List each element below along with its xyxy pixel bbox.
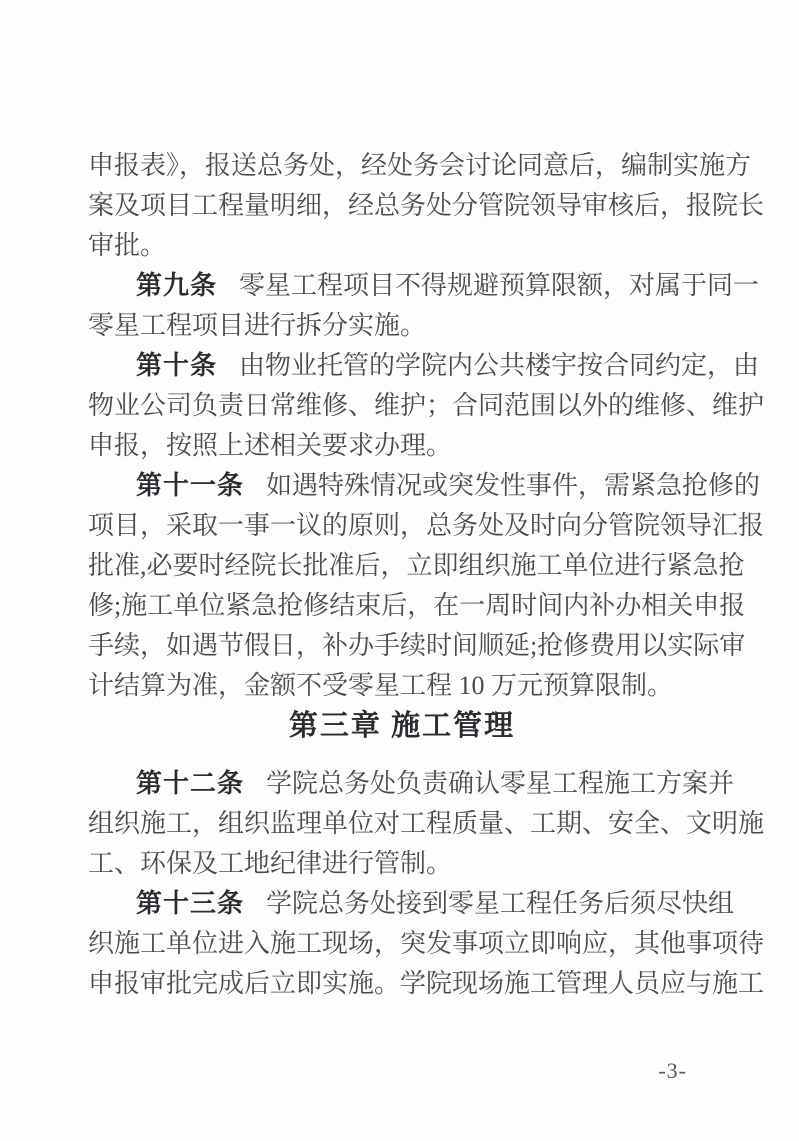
text-line: 批准,必要时经院长批准后，立即组织施工单位进行紧急抢	[88, 546, 716, 586]
article-number: 第十条	[136, 351, 217, 380]
line-text: 审批。	[88, 231, 166, 260]
text-line: 计结算为准，金额不受零星工程 10 万元预算限制。	[88, 666, 716, 706]
line-text: 工、环保及工地纪律进行管制。	[88, 849, 452, 878]
text-line: 零星工程项目进行拆分实施。	[88, 306, 716, 346]
document-page: 申报表》，报送总务处，经处务会讨论同意后，编制实施方案及项目工程量明细，经总务处…	[0, 0, 799, 1141]
line-text: 组织施工，组织监理单位对工程质量、工期、安全、文明施	[88, 809, 764, 838]
line-text: 申报，按照上述相关要求办理。	[88, 431, 452, 460]
text-line: 申报表》，报送总务处，经处务会讨论同意后，编制实施方	[88, 146, 716, 186]
line-text: 如遇特殊情况或突发性事件，需紧急抢修的	[266, 471, 760, 500]
text-line: 第九条零星工程项目不得规避预算限额，对属于同一	[88, 266, 716, 306]
line-text: 申报表》，报送总务处，经处务会讨论同意后，编制实施方	[88, 151, 751, 180]
line-text: 修;施工单位紧急抢修结束后，在一周时间内补办相关申报	[88, 591, 745, 620]
line-text: 项目，采取一事一议的原则，总务处及时向分管院领导汇报	[88, 511, 764, 540]
document-content: 申报表》，报送总务处，经处务会讨论同意后，编制实施方案及项目工程量明细，经总务处…	[88, 146, 716, 1004]
text-line: 修;施工单位紧急抢修结束后，在一周时间内补办相关申报	[88, 586, 716, 626]
text-line: 申报审批完成后立即实施。学院现场施工管理人员应与施工	[88, 964, 716, 1004]
text-line: 物业公司负责日常维修、维护；合同范围以外的维修、维护	[88, 386, 716, 426]
text-line: 工、环保及工地纪律进行管制。	[88, 844, 716, 884]
text-line: 第十条由物业托管的学院内公共楼宇按合同约定，由	[88, 346, 716, 386]
text-line: 案及项目工程量明细，经总务处分管院领导审核后，报院长	[88, 186, 716, 226]
text-line: 组织施工，组织监理单位对工程质量、工期、安全、文明施	[88, 804, 716, 844]
line-text: 手续，如遇节假日，补办手续时间顺延;抢修费用以实际审	[88, 631, 745, 660]
line-text: 批准,必要时经院长批准后，立即组织施工单位进行紧急抢	[88, 551, 745, 580]
article-number: 第十二条	[136, 769, 244, 798]
text-line: 织施工单位进入施工现场，突发事项立即响应，其他事项待	[88, 924, 716, 964]
line-text: 由物业托管的学院内公共楼宇按合同约定，由	[239, 351, 759, 380]
body-section-bottom: 第十二条学院总务处负责确认零星工程施工方案并组织施工，组织监理单位对工程质量、工…	[88, 764, 716, 1004]
page-number: -3-	[658, 1058, 687, 1084]
text-line: 第十三条学院总务处接到零星工程任务后须尽快组	[88, 884, 716, 924]
line-text: 计结算为准，金额不受零星工程 10 万元预算限制。	[88, 671, 673, 700]
article-number: 第十一条	[136, 471, 244, 500]
body-section-top: 申报表》，报送总务处，经处务会讨论同意后，编制实施方案及项目工程量明细，经总务处…	[88, 146, 716, 706]
text-line: 项目，采取一事一议的原则，总务处及时向分管院领导汇报	[88, 506, 716, 546]
line-text: 案及项目工程量明细，经总务处分管院领导审核后，报院长	[88, 191, 764, 220]
line-text: 零星工程项目不得规避预算限额，对属于同一	[239, 271, 759, 300]
chapter-heading: 第三章 施工管理	[88, 706, 716, 746]
line-text: 物业公司负责日常维修、维护；合同范围以外的维修、维护	[88, 391, 764, 420]
text-line: 审批。	[88, 226, 716, 266]
text-line: 第十一条如遇特殊情况或突发性事件，需紧急抢修的	[88, 466, 716, 506]
line-text: 学院总务处接到零星工程任务后须尽快组	[266, 889, 734, 918]
text-line: 申报，按照上述相关要求办理。	[88, 426, 716, 466]
text-line: 手续，如遇节假日，补办手续时间顺延;抢修费用以实际审	[88, 626, 716, 666]
line-text: 零星工程项目进行拆分实施。	[88, 311, 426, 340]
text-line: 第十二条学院总务处负责确认零星工程施工方案并	[88, 764, 716, 804]
line-text: 织施工单位进入施工现场，突发事项立即响应，其他事项待	[88, 929, 764, 958]
article-number: 第十三条	[136, 889, 244, 918]
line-text: 申报审批完成后立即实施。学院现场施工管理人员应与施工	[88, 969, 764, 998]
article-number: 第九条	[136, 271, 217, 300]
line-text: 学院总务处负责确认零星工程施工方案并	[266, 769, 734, 798]
